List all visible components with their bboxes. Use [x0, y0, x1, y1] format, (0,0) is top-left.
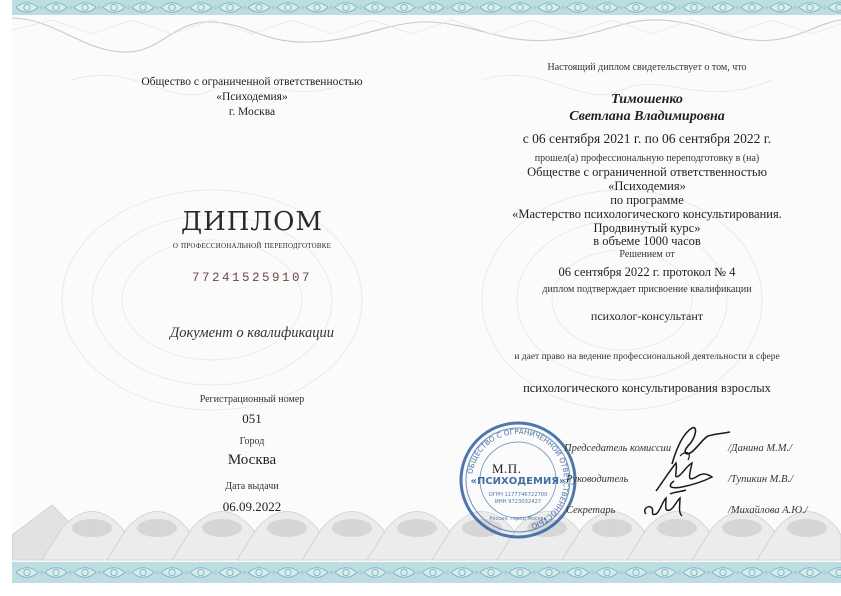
- certifies-intro: Настоящий диплом свидетельствует о том, …: [452, 62, 841, 73]
- svg-text:ОГРН 1177746722700: ОГРН 1177746722700: [489, 492, 548, 498]
- signature-name-director: /Тупикин М.В./: [728, 474, 793, 485]
- chairman-signature-icon: [662, 420, 732, 470]
- issuer-line-2: «Психодемия»: [12, 91, 492, 104]
- city-value: Москва: [12, 452, 492, 469]
- signature-name-secretary: /Михайлова А.Ю./: [728, 505, 808, 516]
- signature-role-director: Руководитель: [566, 474, 628, 485]
- svg-text:«ПСИХОДЕМИЯ»: «ПСИХОДЕМИЯ»: [471, 476, 566, 487]
- issue-date-label: Дата выдачи: [12, 481, 492, 492]
- secretary-signature-icon: [640, 488, 690, 520]
- issue-date: 06.09.2022: [12, 499, 492, 515]
- registration-number-label: Регистрационный номер: [12, 394, 492, 405]
- passed-retraining-text: прошел(а) профессиональную переподготовк…: [452, 153, 841, 164]
- signature-role-secretary: Секретарь: [566, 505, 615, 516]
- program-label: по программе: [452, 194, 841, 208]
- holder-given-names: Светлана Владимировна: [452, 108, 841, 125]
- issuer-line-1: Общество с ограниченной ответственностью: [12, 76, 492, 89]
- holder-surname: Тимошенко: [452, 91, 841, 108]
- rights-text: и дает право на ведение профессиональной…: [452, 352, 841, 362]
- organization-line-2: «Психодемия»: [452, 180, 841, 194]
- director-signature-icon: [652, 455, 717, 495]
- protocol-info: 06 сентября 2022 г. протокол № 4: [452, 265, 841, 280]
- signature-role-chairman: Председатель комиссии: [564, 443, 671, 454]
- registration-number: 051: [12, 411, 492, 427]
- bottom-ornamental-border: [12, 562, 841, 583]
- top-ornamental-border: [12, 0, 841, 15]
- diploma-sheet: Общество с ограниченной ответственностью…: [12, 0, 841, 583]
- qualification-confirmation-text: диплом подтверждает присвоение квалифика…: [452, 284, 841, 295]
- study-period: с 06 сентября 2021 г. по 06 сентября 202…: [452, 131, 841, 147]
- issuer-city: г. Москва: [12, 106, 492, 119]
- qualification-value: психолог-консультант: [452, 309, 841, 324]
- program-volume: в объеме 1000 часов: [452, 235, 841, 249]
- organization-line-1: Обществе с ограниченной ответственностью: [452, 166, 841, 180]
- serial-number: 772415259107: [12, 271, 492, 285]
- diploma-title: ДИПЛОМ: [12, 207, 492, 237]
- program-name-line-1: «Мастерство психологического консультиро…: [452, 208, 841, 222]
- document-kind: Документ о квалификации: [12, 325, 492, 342]
- city-label: Город: [12, 436, 492, 447]
- professional-field: психологического консультирования взросл…: [452, 381, 841, 396]
- organization-stamp-icon: ОБЩЕСТВО С ОГРАНИЧЕННОЙ ОТВЕТСТВЕННОСТЬЮ…: [458, 420, 578, 540]
- diploma-subtitle: о профессиональной переподготовке: [12, 240, 492, 251]
- decision-label: Решением от: [452, 249, 841, 260]
- svg-text:Россия, город Москва: Россия, город Москва: [489, 516, 546, 522]
- svg-text:ИНН 9723032427: ИНН 9723032427: [495, 499, 541, 505]
- stamp-place-label: М.П.: [492, 461, 521, 477]
- signature-name-chairman: /Данина М.М./: [728, 443, 792, 454]
